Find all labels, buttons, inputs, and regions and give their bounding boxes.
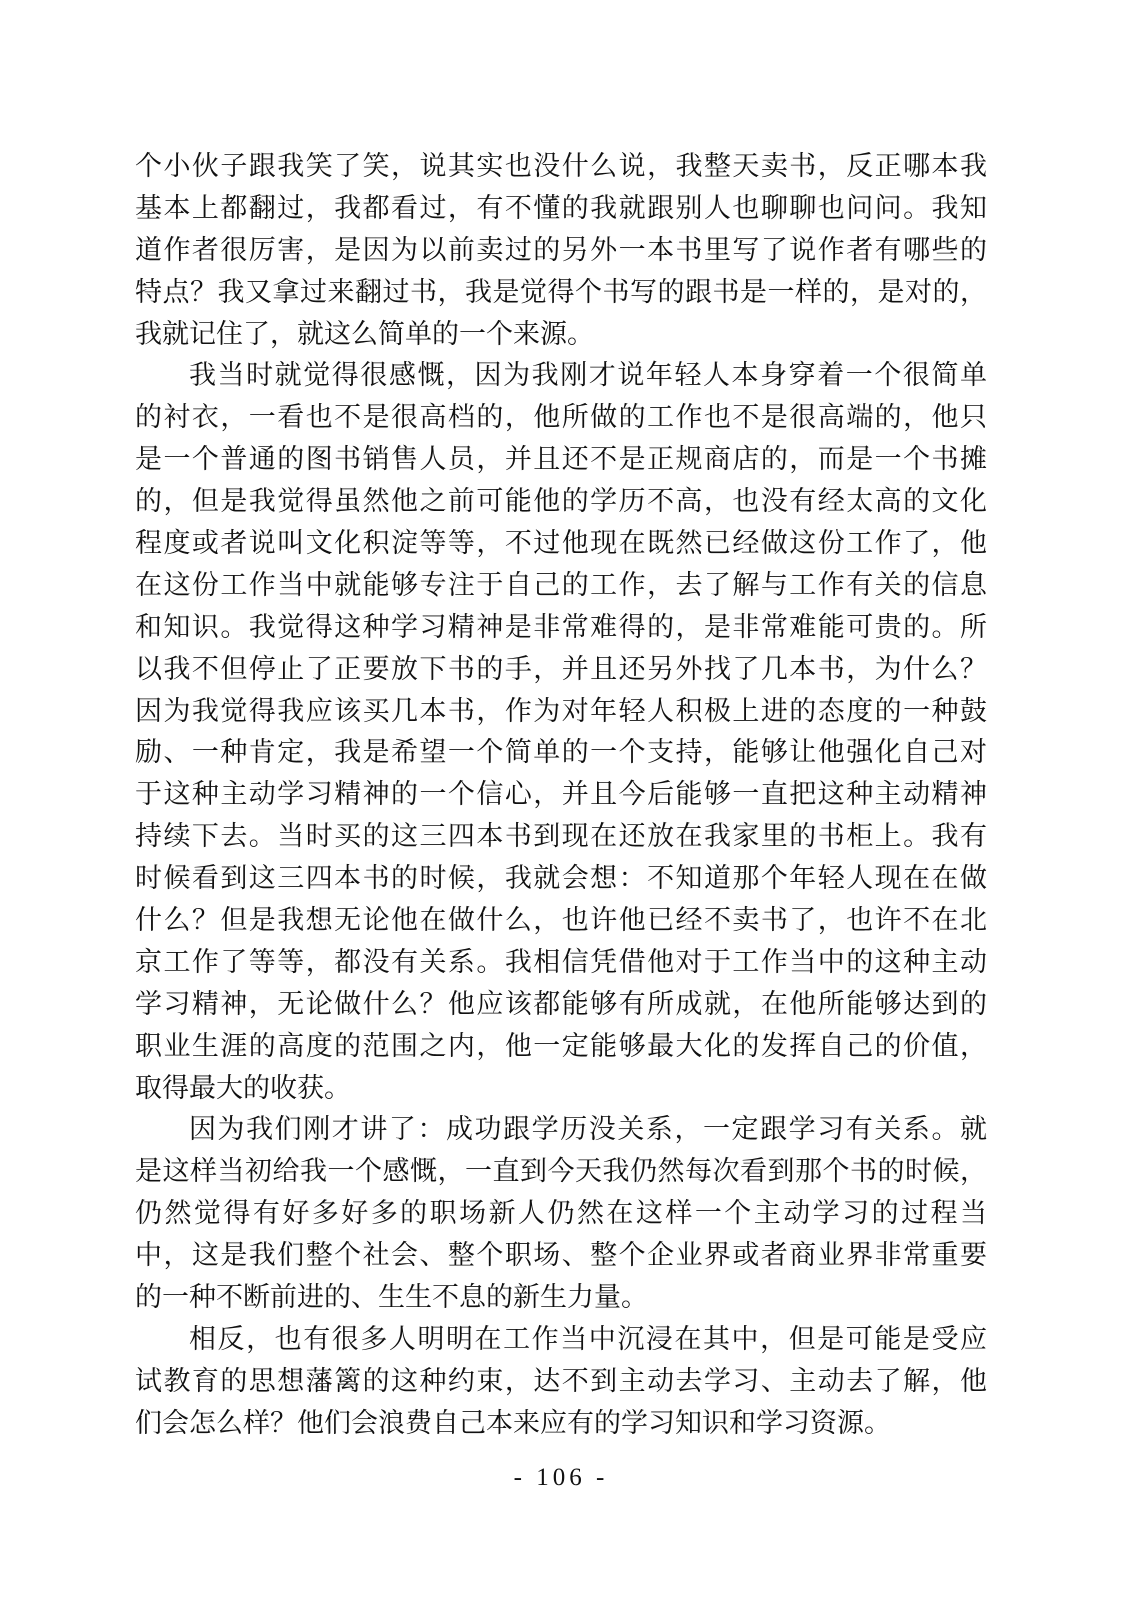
text-line: 是一个普通的图书销售人员，并且还不是正规商店的，而是一个书摊 (135, 439, 987, 481)
text-line: 程度或者说叫文化积淀等等，不过他现在既然已经做这份工作了，他 (135, 523, 987, 565)
text-line: 和知识。我觉得这种学习精神是非常难得的，是非常难能可贵的。所 (135, 607, 987, 649)
paragraph: 个小伙子跟我笑了笑，说其实也没什么说，我整天卖书，反正哪本我基本上都翻过，我都看… (135, 146, 987, 355)
text-line: 是这样当初给我一个感慨，一直到今天我仍然每次看到那个书的时候， (135, 1151, 987, 1193)
text-line: 基本上都翻过，我都看过，有不懂的我就跟别人也聊聊也问问。我知 (135, 188, 987, 230)
text-line: 仍然觉得有好多好多的职场新人仍然在这样一个主动学习的过程当 (135, 1193, 987, 1235)
paragraph: 相反，也有很多人明明在工作当中沉浸在其中，但是可能是受应试教育的思想藩篱的这种约… (135, 1319, 987, 1445)
text-line: 个小伙子跟我笑了笑，说其实也没什么说，我整天卖书，反正哪本我 (135, 146, 987, 188)
text-line: 因为我觉得我应该买几本书，作为对年轻人积极上进的态度的一种鼓 (135, 691, 987, 733)
text-line: 因为我们刚才讲了：成功跟学历没关系，一定跟学习有关系。就 (135, 1109, 987, 1151)
text-line: 以我不但停止了正要放下书的手，并且还另外找了几本书，为什么？ (135, 649, 987, 691)
text-line: 道作者很厉害，是因为以前卖过的另外一本书里写了说作者有哪些的 (135, 230, 987, 272)
text-line: 时候看到这三四本书的时候，我就会想：不知道那个年轻人现在在做 (135, 858, 987, 900)
paragraph: 我当时就觉得很感慨，因为我刚才说年轻人本身穿着一个很简单的衬衣，一看也不是很高档… (135, 355, 987, 1109)
text-line: 在这份工作当中就能够专注于自己的工作，去了解与工作有关的信息 (135, 565, 987, 607)
text-line: 励、一种肯定，我是希望一个简单的一个支持，能够让他强化自己对 (135, 732, 987, 774)
text-line: 什么？但是我想无论他在做什么，也许他已经不卖书了，也许不在北 (135, 900, 987, 942)
text-line: 我就记住了，就这么简单的一个来源。 (135, 314, 987, 356)
page-number: - 106 - (135, 1462, 987, 1494)
text-line: 取得最大的收获。 (135, 1068, 987, 1110)
paragraph: 因为我们刚才讲了：成功跟学历没关系，一定跟学习有关系。就是这样当初给我一个感慨，… (135, 1109, 987, 1318)
text-line: 京工作了等等，都没有关系。我相信凭借他对于工作当中的这种主动 (135, 942, 987, 984)
text-line: 持续下去。当时买的这三四本书到现在还放在我家里的书柜上。我有 (135, 816, 987, 858)
document-page: 个小伙子跟我笑了笑，说其实也没什么说，我整天卖书，反正哪本我基本上都翻过，我都看… (0, 0, 1131, 1600)
text-line: 中，这是我们整个社会、整个职场、整个企业界或者商业界非常重要 (135, 1235, 987, 1277)
text-line: 的一种不断前进的、生生不息的新生力量。 (135, 1277, 987, 1319)
text-line: 们会怎么样？他们会浪费自己本来应有的学习知识和学习资源。 (135, 1403, 987, 1445)
text-line: 我当时就觉得很感慨，因为我刚才说年轻人本身穿着一个很简单 (135, 355, 987, 397)
text-line: 试教育的思想藩篱的这种约束，达不到主动去学习、主动去了解，他 (135, 1361, 987, 1403)
text-line: 于这种主动学习精神的一个信心，并且今后能够一直把这种主动精神 (135, 774, 987, 816)
text-line: 职业生涯的高度的范围之内，他一定能够最大化的发挥自己的价值， (135, 1026, 987, 1068)
body-text: 个小伙子跟我笑了笑，说其实也没什么说，我整天卖书，反正哪本我基本上都翻过，我都看… (135, 146, 987, 1445)
text-line: 学习精神，无论做什么？他应该都能够有所成就，在他所能够达到的 (135, 984, 987, 1026)
text-line: 相反，也有很多人明明在工作当中沉浸在其中，但是可能是受应 (135, 1319, 987, 1361)
text-line: 特点？我又拿过来翻过书，我是觉得个书写的跟书是一样的，是对的， (135, 272, 987, 314)
text-line: 的衬衣，一看也不是很高档的，他所做的工作也不是很高端的，他只 (135, 397, 987, 439)
text-line: 的，但是我觉得虽然他之前可能他的学历不高，也没有经太高的文化 (135, 481, 987, 523)
